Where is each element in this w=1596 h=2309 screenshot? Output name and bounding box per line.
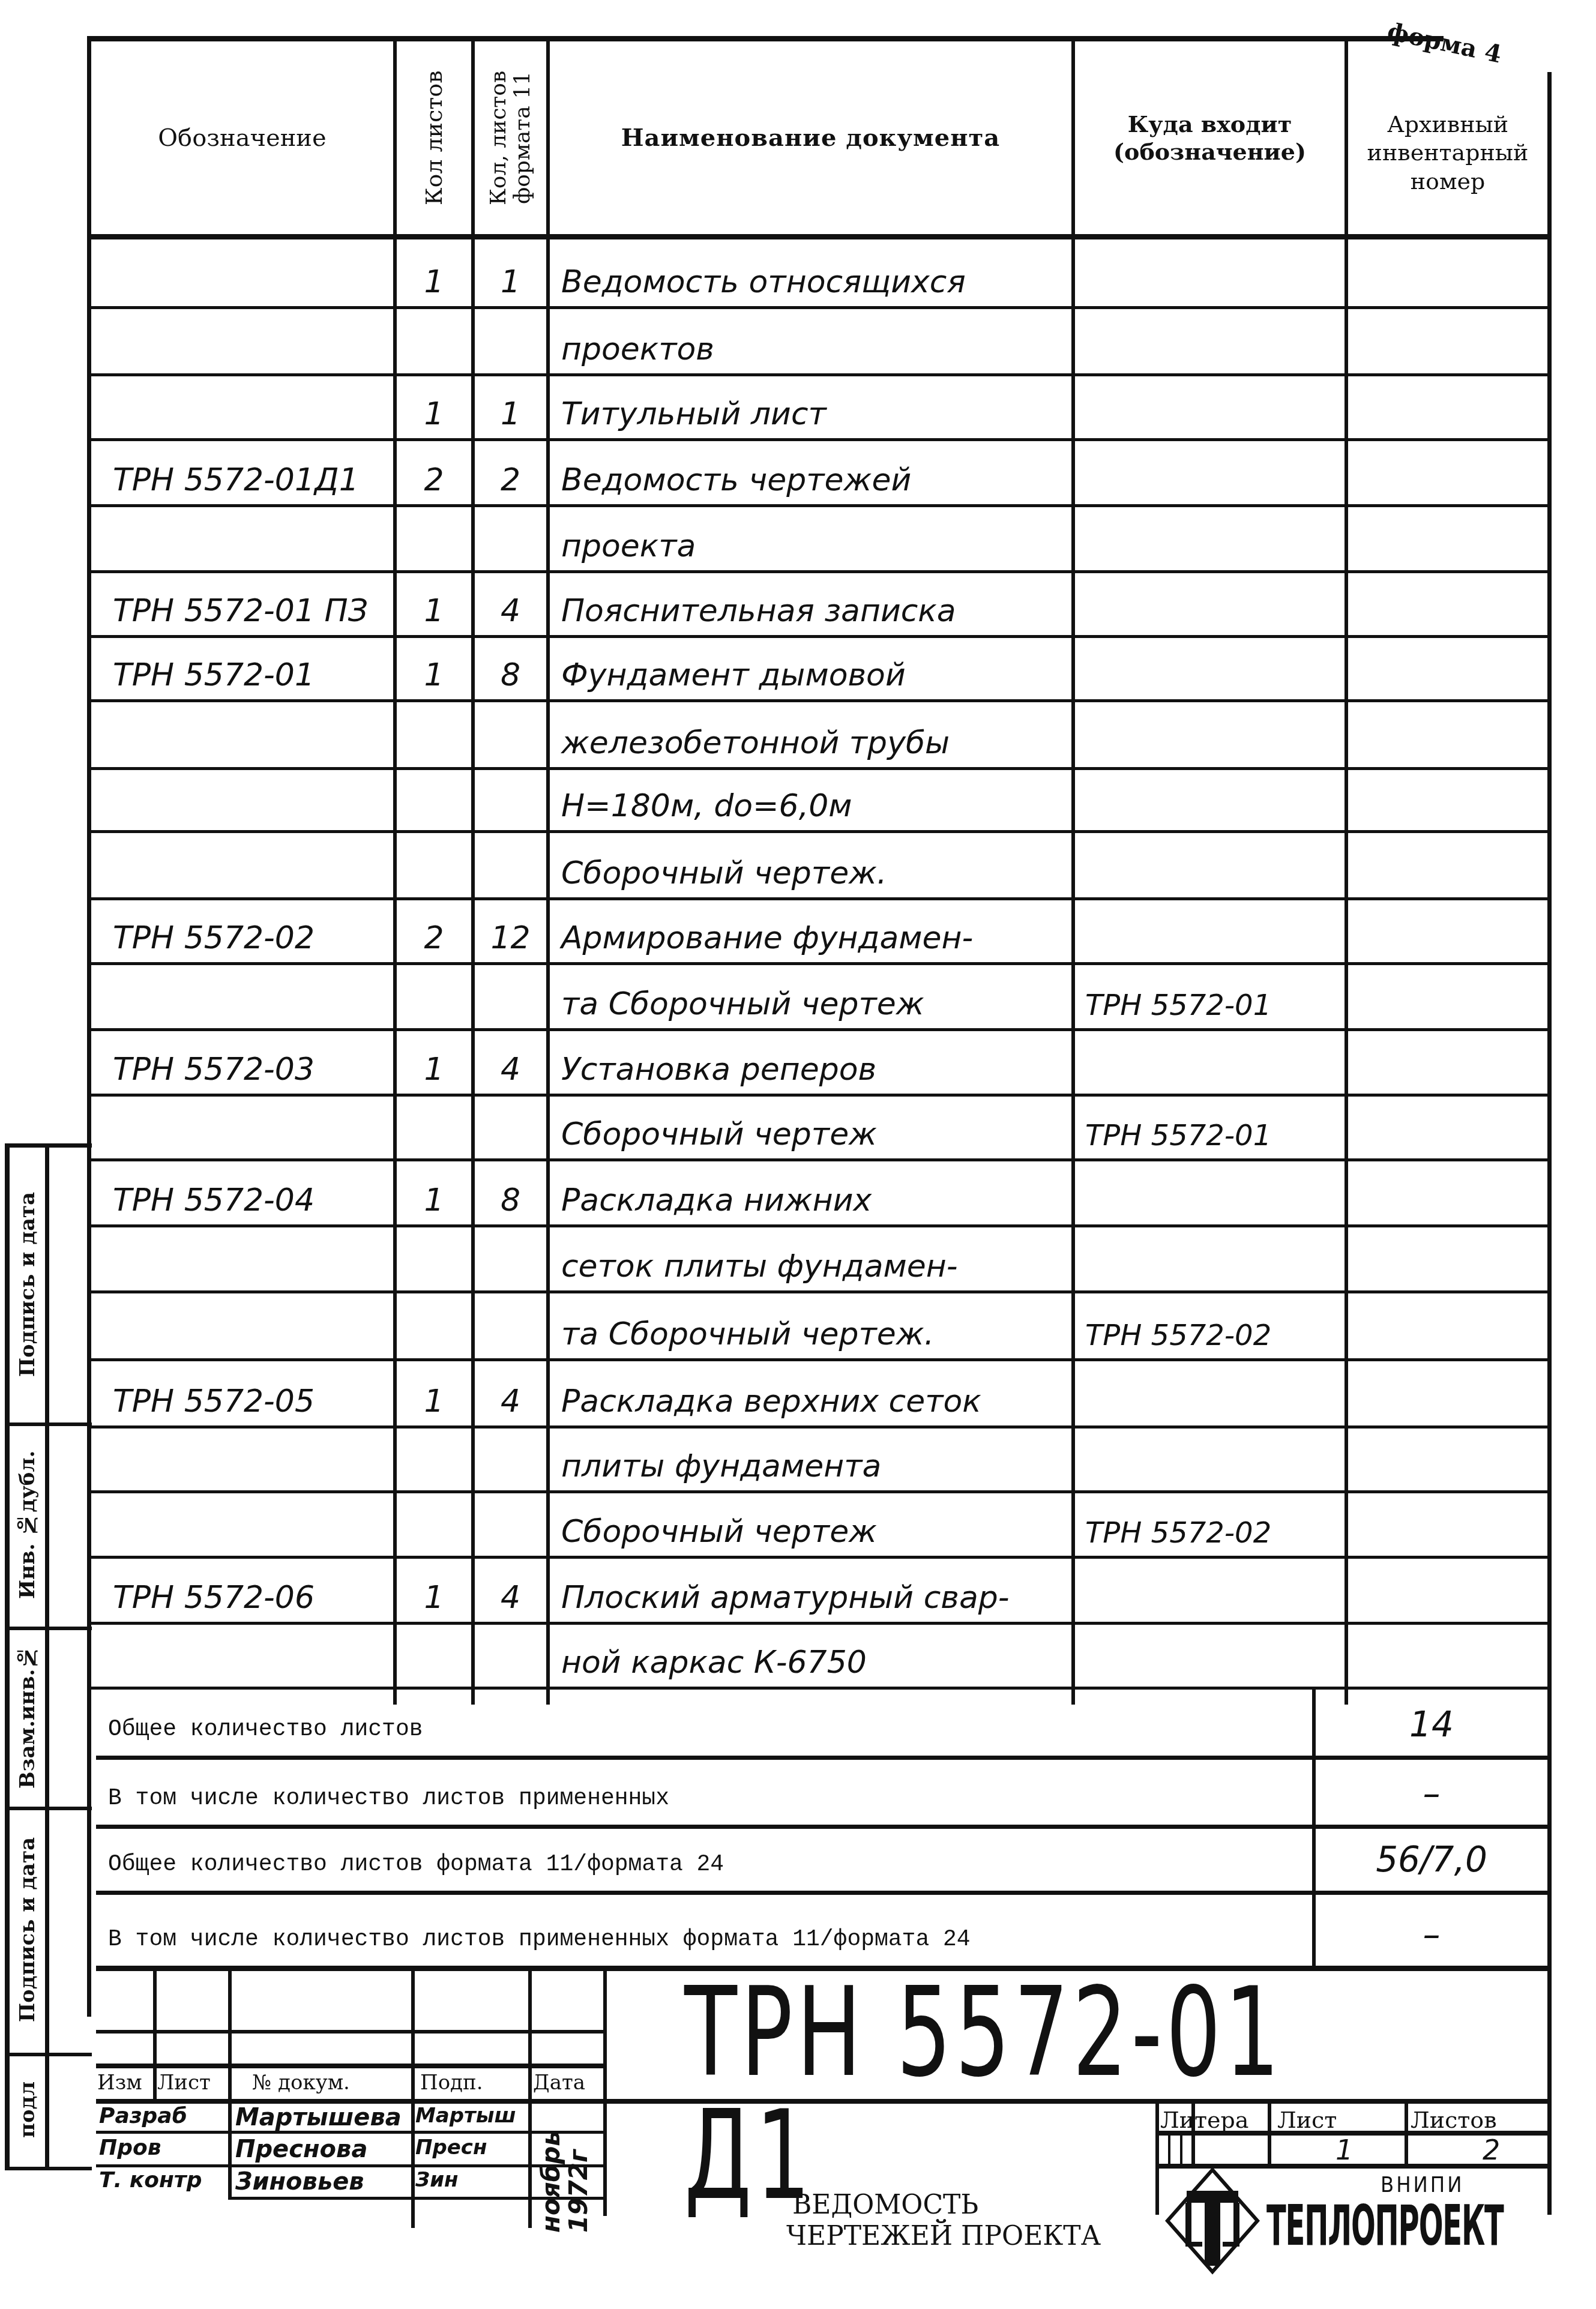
row-designation: [95, 962, 392, 1028]
org-name: ТЕПЛОПРОЕКТ: [1266, 2194, 1504, 2258]
person-name: Мартышева: [235, 2104, 402, 2131]
row-included-in: [1079, 830, 1343, 897]
tb-header-sign: Подп.: [420, 2071, 483, 2095]
row-sheets: 1: [397, 1158, 471, 1224]
tb-col-4: [528, 1970, 532, 2228]
row-designation: [95, 1622, 392, 1687]
row-archive: [1348, 1094, 1546, 1158]
row-sheets: 1: [397, 1556, 471, 1622]
row-name: Ведомость относящихся: [555, 239, 1071, 306]
totals-label: Общее количество листов формата 11/форма…: [108, 1825, 1308, 1891]
row-name: Пояснительная записка: [555, 570, 1071, 635]
teploproekt-logo-icon: [1161, 2167, 1263, 2275]
tb-col-2: [228, 1970, 232, 2198]
row-sheets: [397, 1425, 471, 1490]
row-included-in: [1079, 438, 1343, 504]
row-archive: [1348, 1290, 1546, 1358]
row-archive: [1348, 1622, 1546, 1687]
totals-value: –: [1316, 1891, 1547, 1966]
tb-header-list: Лист: [157, 2071, 211, 2095]
row-name: Установка реперов: [555, 1028, 1071, 1094]
row-designation: [95, 767, 392, 830]
header-archive-number: Архивный инвентарный номер: [1348, 72, 1547, 234]
side-stamp-divider: [5, 2167, 92, 2170]
person-signature: Зин: [415, 2168, 458, 2192]
doc-title-line-1: ВЕДОМОСТЬ: [792, 2190, 978, 2220]
header-sheets-format11: Кол, листов формата 11: [475, 41, 546, 234]
row-included-in: [1079, 1028, 1343, 1094]
row-included-in: [1079, 306, 1343, 373]
row-included-in: [1079, 373, 1343, 438]
row-format11: [475, 1490, 546, 1556]
row-sheets: 1: [397, 1028, 471, 1094]
row-sheets: 2: [397, 897, 471, 962]
person-role: Т. контр: [99, 2168, 202, 2193]
side-stamp-label: Инв. №дубл.: [10, 1422, 45, 1627]
totals-value: –: [1316, 1756, 1547, 1825]
row-format11: 12: [475, 897, 546, 962]
row-format11: 4: [475, 570, 546, 635]
person-name: Преснова: [235, 2136, 367, 2163]
tb-col-main-right: [1547, 1951, 1552, 2215]
row-name: проекта: [555, 504, 1071, 570]
row-designation: [95, 1490, 392, 1556]
side-stamp-label: Подпись и дата: [10, 1807, 45, 2053]
row-format11: 4: [475, 1028, 546, 1094]
row-name: та Сборочный чертеж.: [555, 1290, 1071, 1358]
row-name: Ведомость чертежей: [555, 438, 1071, 504]
totals-label: Общее количество листов: [108, 1690, 1308, 1756]
person-role: Пров: [99, 2136, 161, 2160]
row-included-in: [1079, 239, 1343, 306]
col-divider-3: [546, 36, 550, 1705]
row-format11: [475, 306, 546, 373]
doc-title-line-2: ЧЕРТЕЖЕЙ ПРОЕКТА: [786, 2221, 1101, 2251]
row-designation: [95, 239, 392, 306]
tb-header-izm: Изм: [97, 2071, 142, 2095]
row-sheets: [397, 1490, 471, 1556]
row-sheets: [397, 962, 471, 1028]
col-divider-4: [1071, 36, 1075, 1705]
row-included-in: [1079, 767, 1343, 830]
document-code: ТРН 5572-01 Д1: [684, 1972, 1396, 2218]
row-name: плиты фундамента: [555, 1425, 1071, 1490]
row-designation: [95, 373, 392, 438]
row-designation: [95, 699, 392, 767]
row-included-in: ТРН 5572-02: [1079, 1490, 1343, 1556]
side-stamp-label: Взам.инв.№: [10, 1627, 45, 1807]
totals-label: В том числе количество листов примененны…: [108, 1891, 1308, 1966]
row-sheets: [397, 767, 471, 830]
header-included-in: Куда входит (обозначение): [1075, 41, 1345, 234]
row-sheets: [397, 1290, 471, 1358]
row-included-in: [1079, 699, 1343, 767]
tb-header-doc-no: № докум.: [252, 2071, 350, 2095]
row-sheets: 1: [397, 373, 471, 438]
person-role: Разраб: [99, 2104, 187, 2128]
row-format11: [475, 962, 546, 1028]
row-name: ной каркас К-6750: [555, 1622, 1071, 1687]
row-sheets: [397, 306, 471, 373]
row-sheets: [397, 830, 471, 897]
table-border-top: [87, 36, 1444, 41]
tb-col-1: [153, 1970, 157, 2102]
row-included-in: [1079, 1158, 1343, 1224]
row-designation: [95, 1425, 392, 1490]
table-border-right: [1547, 72, 1552, 1951]
person-signature: Пресн: [415, 2136, 487, 2160]
row-archive: [1348, 1224, 1546, 1290]
row-included-in: [1079, 1358, 1343, 1425]
row-sheets: [397, 699, 471, 767]
row-format11: [475, 767, 546, 830]
row-archive: [1348, 1425, 1546, 1490]
row-sheets: [397, 504, 471, 570]
row-format11: [475, 1224, 546, 1290]
row-format11: 4: [475, 1556, 546, 1622]
row-name: Сборочный чертеж.: [555, 830, 1071, 897]
row-name: Титульный лист: [555, 373, 1071, 438]
header-border-bottom: [87, 234, 1549, 239]
person-signature: Мартыш: [415, 2104, 516, 2128]
side-stamp-border-left: [5, 1146, 10, 2167]
row-designation: [95, 1224, 392, 1290]
row-designation: ТРН 5572-01 ПЗ: [95, 570, 392, 635]
row-designation: ТРН 5572-01: [95, 635, 392, 699]
row-designation: ТРН 5572-03: [95, 1028, 392, 1094]
row-archive: [1348, 699, 1546, 767]
row-included-in: [1079, 504, 1343, 570]
row-name: Армирование фундамен-: [555, 897, 1071, 962]
row-name: сеток плиты фундамен-: [555, 1224, 1071, 1290]
totals-label: В том числе количество листов примененны…: [108, 1756, 1308, 1825]
row-format11: 8: [475, 1158, 546, 1224]
row-name: Фундамент дымовой: [555, 635, 1071, 699]
row-included-in: ТРН 5572-01: [1079, 1094, 1343, 1158]
row-archive: [1348, 1556, 1546, 1622]
row-designation: [95, 306, 392, 373]
row-format11: 2: [475, 438, 546, 504]
row-sheets: [397, 1622, 471, 1687]
row-archive: [1348, 438, 1546, 504]
row-included-in: [1079, 1224, 1343, 1290]
header-sheets-count: Кол листов: [397, 41, 471, 234]
table-border-left: [87, 36, 91, 2017]
row-included-in: [1079, 897, 1343, 962]
row-designation: ТРН 5572-02: [95, 897, 392, 962]
row-included-in: [1079, 1622, 1343, 1687]
row-name: Раскладка нижних: [555, 1158, 1071, 1224]
row-name: Н=180м, do=6,0м: [555, 767, 1071, 830]
row-sheets: 2: [397, 438, 471, 504]
row-archive: [1348, 239, 1546, 306]
row-archive: [1348, 1490, 1546, 1556]
row-sheets: 1: [397, 635, 471, 699]
row-designation: [95, 504, 392, 570]
row-name: проектов: [555, 306, 1071, 373]
row-format11: 4: [475, 1358, 546, 1425]
row-format11: 1: [475, 373, 546, 438]
row-included-in: [1079, 1425, 1343, 1490]
row-archive: [1348, 373, 1546, 438]
side-stamp-border-mid: [45, 1146, 49, 2167]
form-stamp: форма 4: [1385, 17, 1504, 68]
row-sheets: [397, 1224, 471, 1290]
row-name: Раскладка верхних сеток: [555, 1358, 1071, 1425]
row-format11: [475, 830, 546, 897]
row-name: Плоский арматурный свар-: [555, 1556, 1071, 1622]
date-year: 1972г: [565, 2125, 592, 2233]
sheet-value: 1: [1336, 2134, 1353, 2166]
header-document-name: Наименование документа: [550, 41, 1071, 234]
row-format11: 8: [475, 635, 546, 699]
row-sheets: 1: [397, 1358, 471, 1425]
row-format11: [475, 1622, 546, 1687]
row-designation: ТРН 5572-01Д1: [95, 438, 392, 504]
tb-header-date: Дата: [533, 2071, 585, 2095]
row-archive: [1348, 1028, 1546, 1094]
row-included-in: [1079, 570, 1343, 635]
side-stamp-label: подл: [10, 2053, 45, 2167]
row-archive: [1348, 830, 1546, 897]
row-archive: [1348, 962, 1546, 1028]
row-archive: [1348, 504, 1546, 570]
row-format11: [475, 504, 546, 570]
tb-sheets-div: [1405, 2101, 1408, 2166]
row-archive: [1348, 570, 1546, 635]
row-included-in: [1079, 1556, 1343, 1622]
row-name: железобетонной трубы: [555, 699, 1071, 767]
row-archive: [1348, 767, 1546, 830]
row-archive: [1348, 1358, 1546, 1425]
row-format11: [475, 1425, 546, 1490]
row-included-in: ТРН 5572-02: [1079, 1290, 1343, 1358]
row-designation: [95, 1094, 392, 1158]
litera-label: Литера: [1160, 2107, 1249, 2133]
row-designation: [95, 830, 392, 897]
totals-value: 14: [1316, 1690, 1547, 1756]
row-archive: [1348, 1158, 1546, 1224]
row-name: та Сборочный чертеж: [555, 962, 1071, 1028]
row-designation: ТРН 5572-05: [95, 1358, 392, 1425]
row-archive: [1348, 897, 1546, 962]
row-sheets: [397, 1094, 471, 1158]
tb-col-3: [411, 1970, 415, 2228]
row-name: Сборочный чертеж: [555, 1094, 1071, 1158]
row-format11: [475, 1290, 546, 1358]
row-designation: [95, 1290, 392, 1358]
totals-value: 56/7,0: [1316, 1825, 1547, 1891]
row-included-in: [1079, 635, 1343, 699]
header-designation: Обозначение: [91, 41, 393, 234]
approval-date: ноябрь 1972г: [537, 2125, 603, 2233]
tb-col-5: [603, 1970, 607, 2216]
row-designation: ТРН 5572-06: [95, 1556, 392, 1622]
side-stamp-label: Подпись и дата: [10, 1146, 45, 1422]
row-format11: [475, 699, 546, 767]
row-format11: 1: [475, 239, 546, 306]
row-archive: [1348, 635, 1546, 699]
person-name: Зиновьев: [235, 2168, 364, 2196]
row-archive: [1348, 306, 1546, 373]
row-sheets: 1: [397, 570, 471, 635]
row-included-in: ТРН 5572-01: [1079, 962, 1343, 1028]
row-designation: ТРН 5572-04: [95, 1158, 392, 1224]
sheet-label: Лист: [1277, 2107, 1337, 2133]
date-month: ноябрь: [537, 2125, 565, 2233]
sheets-value: 2: [1483, 2134, 1500, 2166]
row-format11: [475, 1094, 546, 1158]
sheets-label: Листов: [1411, 2107, 1497, 2133]
row-sheets: 1: [397, 239, 471, 306]
row-name: Сборочный чертеж: [555, 1490, 1071, 1556]
